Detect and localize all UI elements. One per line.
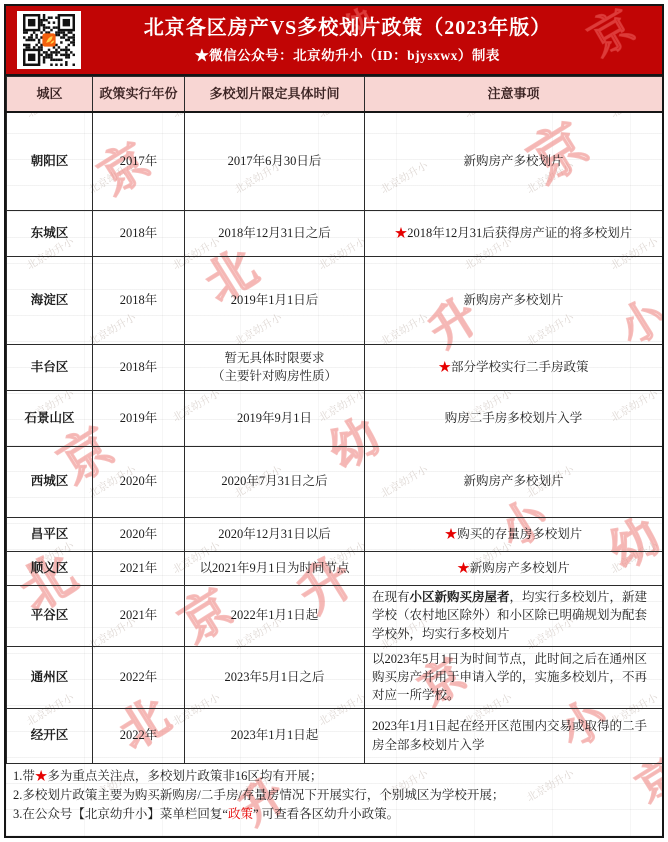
footnote-line: 1.带★多为重点关注点，多校划片政策非16区均有开展；	[13, 767, 655, 786]
district-cell: 海淀区	[7, 256, 93, 344]
district-cell: 通州区	[7, 646, 93, 708]
note-cell: 新购房产多校划片	[365, 256, 663, 344]
note-text-bold: 小区新购买房屋者	[410, 590, 510, 604]
policy-infographic-page: 北京幼升小北京幼升小北京幼升小北京幼升小北京幼升小北京幼升小北京幼升小北京幼升小…	[0, 0, 668, 842]
year-cell: 2022年	[93, 646, 185, 708]
time-cell: 2020年7月31日之后	[185, 446, 365, 517]
time-cell: 2019年9月1日	[185, 390, 365, 446]
footnote-line: 3.在公众号【北京幼升小】菜单栏回复“政策” 可查看各区幼升小政策。	[13, 805, 655, 824]
table-row: 通州区 2022年 2023年5月1日之后 以2023年5月1日为时间节点，此时…	[7, 646, 663, 708]
table-row: 丰台区 2018年 暂无具体时限要求 （主要针对购房性质） ★部分学校实行二手房…	[7, 344, 663, 390]
content-frame: 北京幼升小北京幼升小北京幼升小北京幼升小北京幼升小北京幼升小北京幼升小北京幼升小…	[4, 4, 664, 838]
district-cell: 石景山区	[7, 390, 93, 446]
note-cell: 购房二手房多校划片入学	[365, 390, 663, 446]
note-cell: 新购房产多校划片	[365, 446, 663, 517]
district-cell: 朝阳区	[7, 112, 93, 210]
note-cell: 以2023年5月1日为时间节点，此时间之后在通州区购买房产并用于申请入学的，实施…	[365, 646, 663, 708]
table-row: 平谷区 2021年 2022年1月1日起 在现有小区新购买房屋者，均实行多校划片…	[7, 585, 663, 646]
footnote-text: 多为重点关注点，多校划片政策非16区均有开展；	[47, 769, 322, 783]
footnote-text: 3.在公众号【北京幼升小】菜单栏回复“	[13, 807, 228, 821]
footnote-text: 1.带	[13, 769, 35, 783]
district-cell: 东城区	[7, 210, 93, 256]
star-icon: ★	[445, 527, 458, 541]
header-banner: 京 幼 北京各区房产VS多校划片政策（2023年版） ★微信公众号：北京幼升小（…	[6, 6, 662, 76]
note-text: 2018年12月31后获得房产证的将多校划片	[407, 226, 632, 240]
time-cell: 2023年5月1日之后	[185, 646, 365, 708]
star-icon: ★	[438, 360, 451, 374]
year-cell: 2017年	[93, 112, 185, 210]
column-header-time: 多校划片限定具体时间	[185, 77, 365, 113]
footnote-text: ” 可查看各区幼升小政策。	[253, 807, 399, 821]
time-cell: 2017年6月30日后	[185, 112, 365, 210]
year-cell: 2018年	[93, 256, 185, 344]
year-cell: 2018年	[93, 344, 185, 390]
note-text: 在现有	[372, 590, 410, 604]
footnote-text: 2.多校划片政策主要为购买新购房/二手房/存量房情况下开展实行，个别城区为学校开…	[13, 788, 504, 802]
time-cell: 2020年12月31日以后	[185, 517, 365, 551]
year-cell: 2022年	[93, 708, 185, 763]
policy-table: 城区 政策实行年份 多校划片限定具体时间 注意事项 朝阳区 2017年 2017…	[6, 76, 663, 764]
district-cell: 顺义区	[7, 551, 93, 585]
district-cell: 经开区	[7, 708, 93, 763]
qr-code	[17, 11, 81, 69]
qr-code-image	[23, 14, 75, 66]
district-cell: 昌平区	[7, 517, 93, 551]
column-header-year: 政策实行年份	[93, 77, 185, 113]
note-text: 购房二手房多校划片入学	[445, 411, 583, 425]
table-header-row: 城区 政策实行年份 多校划片限定具体时间 注意事项	[7, 77, 663, 113]
note-text: 新购房产多校划片	[463, 293, 563, 307]
year-cell: 2020年	[93, 446, 185, 517]
note-cell: ★2018年12月31后获得房产证的将多校划片	[365, 210, 663, 256]
note-text: 新购房产多校划片	[463, 474, 563, 488]
year-cell: 2020年	[93, 517, 185, 551]
table-row: 顺义区 2021年 以2021年9月1日为时间节点 ★新购房产多校划片	[7, 551, 663, 585]
time-cell: 2018年12月31日之后	[185, 210, 365, 256]
note-text: 购买的存量房多校划片	[457, 527, 582, 541]
star-icon: ★	[395, 226, 408, 240]
star-icon: ★	[35, 769, 48, 783]
note-cell: ★购买的存量房多校划片	[365, 517, 663, 551]
table-row: 朝阳区 2017年 2017年6月30日后 新购房产多校划片	[7, 112, 663, 210]
footnote-highlight: 政策	[228, 807, 253, 821]
note-text: 部分学校实行二手房政策	[451, 360, 589, 374]
note-text: 新购房产多校划片	[470, 561, 570, 575]
table-row: 石景山区 2019年 2019年9月1日 购房二手房多校划片入学	[7, 390, 663, 446]
page-subtitle: ★微信公众号：北京幼升小（ID：bjysxwx）制表	[81, 44, 614, 64]
note-text: 以2023年5月1日为时间节点，此时间之后在通州区购买房产并用于申请入学的，实施…	[372, 652, 647, 702]
table-row: 经开区 2022年 2023年1月1日起 2023年1月1日起在经开区范围内交易…	[7, 708, 663, 763]
year-cell: 2018年	[93, 210, 185, 256]
table-row: 西城区 2020年 2020年7月31日之后 新购房产多校划片	[7, 446, 663, 517]
year-cell: 2021年	[93, 585, 185, 646]
district-cell: 西城区	[7, 446, 93, 517]
table-row: 东城区 2018年 2018年12月31日之后 ★2018年12月31后获得房产…	[7, 210, 663, 256]
year-cell: 2019年	[93, 390, 185, 446]
footnotes: 1.带★多为重点关注点，多校划片政策非16区均有开展； 2.多校划片政策主要为购…	[6, 764, 662, 826]
note-cell: ★部分学校实行二手房政策	[365, 344, 663, 390]
time-cell: 暂无具体时限要求 （主要针对购房性质）	[185, 344, 365, 390]
footnote-line: 2.多校划片政策主要为购买新购房/二手房/存量房情况下开展实行，个别城区为学校开…	[13, 786, 655, 805]
note-cell: 新购房产多校划片	[365, 112, 663, 210]
banner-titles: 北京各区房产VS多校划片政策（2023年版） ★微信公众号：北京幼升小（ID：b…	[81, 16, 614, 64]
table-row: 昌平区 2020年 2020年12月31日以后 ★购买的存量房多校划片	[7, 517, 663, 551]
time-cell: 以2021年9月1日为时间节点	[185, 551, 365, 585]
note-text: 新购房产多校划片	[463, 154, 563, 168]
time-cell: 2019年1月1日后	[185, 256, 365, 344]
table-row: 海淀区 2018年 2019年1月1日后 新购房产多校划片	[7, 256, 663, 344]
note-cell: 2023年1月1日起在经开区范围内交易或取得的二手房全部多校划片入学	[365, 708, 663, 763]
note-cell: 在现有小区新购买房屋者，均实行多校划片，新建学校（农村地区除外）和小区除已明确规…	[365, 585, 663, 646]
district-cell: 平谷区	[7, 585, 93, 646]
note-text: 2023年1月1日起在经开区范围内交易或取得的二手房全部多校划片入学	[372, 719, 647, 751]
time-cell: 2023年1月1日起	[185, 708, 365, 763]
note-cell: ★新购房产多校划片	[365, 551, 663, 585]
page-title: 北京各区房产VS多校划片政策（2023年版）	[81, 16, 614, 41]
time-cell: 2022年1月1日起	[185, 585, 365, 646]
column-header-district: 城区	[7, 77, 93, 113]
column-header-note: 注意事项	[365, 77, 663, 113]
year-cell: 2021年	[93, 551, 185, 585]
district-cell: 丰台区	[7, 344, 93, 390]
star-icon: ★	[457, 561, 470, 575]
